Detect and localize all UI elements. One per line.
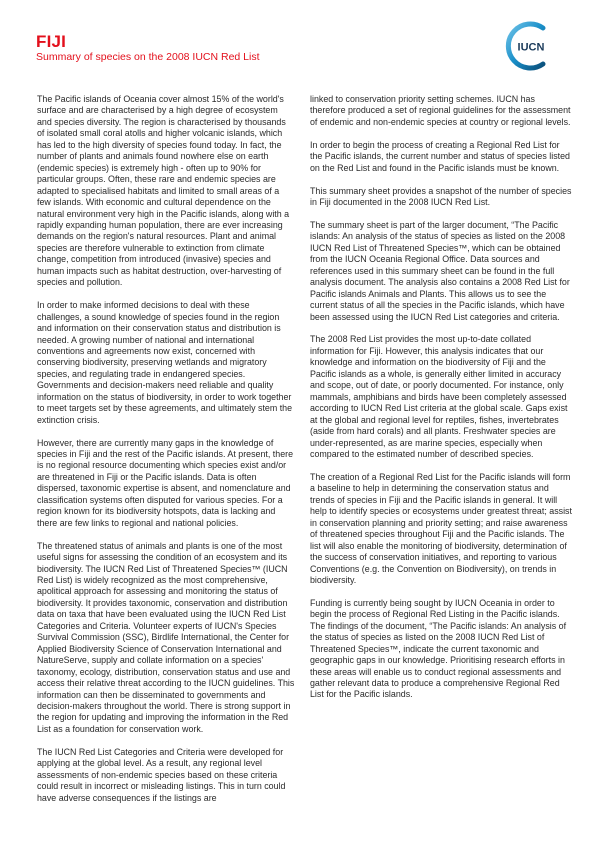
- right-column: linked to conservation priority setting …: [310, 94, 572, 712]
- paragraph: This summary sheet provides a snapshot o…: [310, 186, 572, 209]
- iucn-logo: IUCN: [503, 20, 555, 72]
- paragraph: linked to conservation priority setting …: [310, 94, 572, 128]
- paragraph: However, there are currently many gaps i…: [37, 438, 295, 530]
- paragraph: The creation of a Regional Red List for …: [310, 472, 572, 587]
- paragraph: The Pacific islands of Oceania cover alm…: [37, 94, 295, 289]
- paragraph: The summary sheet is part of the larger …: [310, 220, 572, 323]
- paragraph: In order to begin the process of creatin…: [310, 140, 572, 174]
- paragraph: The threatened status of animals and pla…: [37, 541, 295, 736]
- page-title: FIJI: [36, 32, 66, 52]
- svg-text:IUCN: IUCN: [518, 42, 545, 54]
- iucn-logo-icon: IUCN: [503, 20, 555, 72]
- paragraph: In order to make informed decisions to d…: [37, 300, 295, 426]
- paragraph: The IUCN Red List Categories and Criteri…: [37, 747, 295, 804]
- left-column: The Pacific islands of Oceania cover alm…: [37, 94, 295, 815]
- paragraph: The 2008 Red List provides the most up-t…: [310, 334, 572, 460]
- page-subtitle: Summary of species on the 2008 IUCN Red …: [36, 51, 260, 63]
- paragraph: Funding is currently being sought by IUC…: [310, 598, 572, 701]
